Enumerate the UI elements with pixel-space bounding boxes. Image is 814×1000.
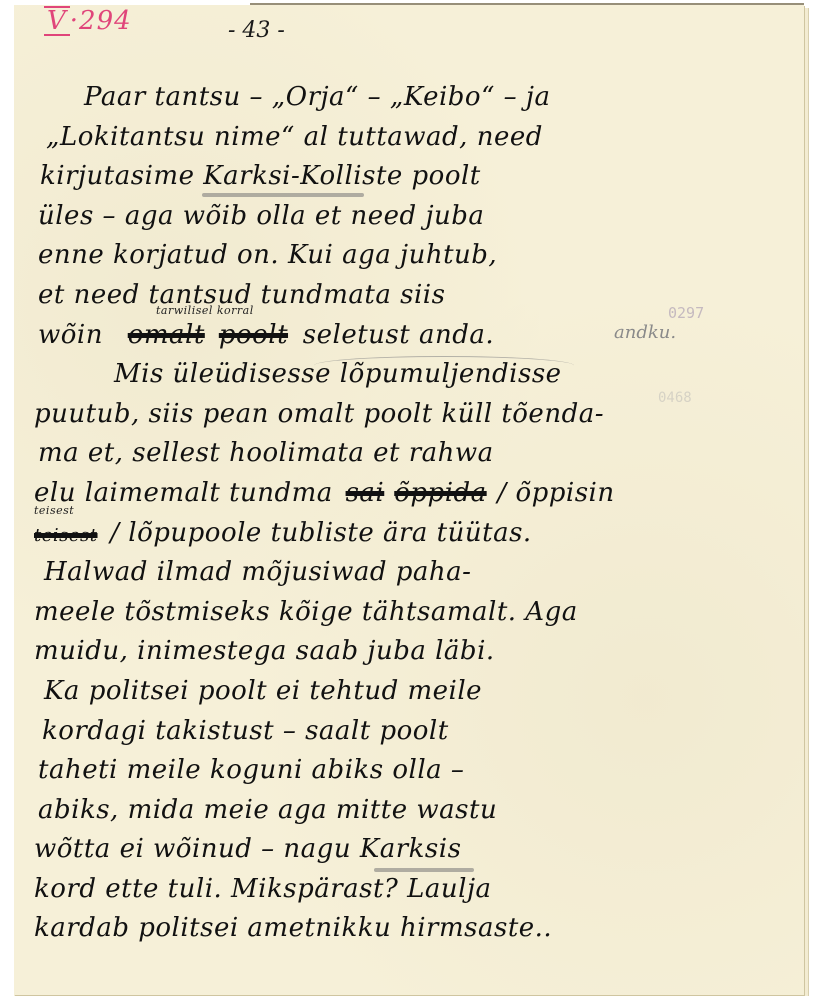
struck-word: õppida — [394, 478, 486, 508]
text-line: Mis üleüdisesse lõpumuljendisse — [34, 359, 594, 399]
text-line: enne korjatud on. Kui aga juhtub, — [34, 240, 594, 280]
line-text: puutub, siis pean omalt poolt küll tõend… — [34, 399, 604, 429]
line-text: Halwad ilmad mõjusiwad paha- — [44, 557, 471, 587]
text-line: kirjutasime Karksi-Kolliste poolt — [34, 161, 594, 201]
struck-word: sai — [346, 478, 385, 508]
text-line: „Lokitantsu nime“ al tuttawad, need — [34, 122, 594, 162]
line-text: üles – aga wõib olla et need juba — [38, 201, 484, 231]
archive-roman: V — [44, 6, 70, 36]
text-line: üles – aga wõib olla et need juba — [34, 201, 594, 241]
line-text: wõtta ei wõinud – nagu Karksis — [34, 834, 461, 864]
line-text: abiks, mida meie aga mitte wastu — [38, 795, 497, 825]
text-line: wõtta ei wõinud – nagu Karksis — [34, 834, 594, 874]
line-text: Mis üleüdisesse lõpumuljendisse — [114, 359, 562, 389]
line-text: kirjutasime Karksi-Kolliste poolt — [40, 161, 481, 191]
interlinear-insertion: tarwilisel korral — [156, 304, 254, 317]
text-line: wõin omaltpoolt seletust anda. — [34, 320, 594, 360]
text-line: taheti meile koguni abiks olla – — [34, 755, 594, 795]
text-line: et need tantsud tundmata siis tarwilisel… — [34, 280, 594, 320]
line-text: wõin — [38, 320, 112, 350]
line-text: muidu, inimestega saab juba läbi. — [34, 636, 495, 666]
interlinear-insertion: teisest — [34, 504, 74, 517]
line-text: „Lokitantsu nime“ al tuttawad, need — [46, 122, 543, 152]
line-text: seletust anda. — [294, 320, 494, 350]
line-text: elu laimemalt tundma — [34, 478, 342, 508]
text-line: puutub, siis pean omalt poolt küll tõend… — [34, 399, 594, 439]
line-text: / lõpupoole tubliste ära tüütas. — [102, 518, 532, 548]
faded-stamp: 0468 — [658, 390, 692, 406]
struck-word: omalt — [128, 320, 205, 350]
text-line: meele tõstmiseks kõige tähtsamalt. Aga — [34, 597, 594, 637]
text-line: teisest / lõpupoole tubliste ära tüütas. — [34, 518, 594, 558]
archive-number: V·294 — [44, 6, 132, 36]
text-line: Ka politsei poolt ei tehtud meile — [34, 676, 594, 716]
pencil-underline — [374, 868, 474, 872]
line-text: Paar tantsu – „Orja“ – „Keibo“ – ja — [84, 82, 550, 112]
handwritten-text: Paar tantsu – „Orja“ – „Keibo“ – ja „Lok… — [34, 82, 594, 953]
text-line: kordagi takistust – saalt poolt — [34, 716, 594, 756]
faded-stamp: 0297 — [668, 304, 704, 322]
text-line: muidu, inimestega saab juba läbi. — [34, 636, 594, 676]
line-text: kord ette tuli. Mikspärast? Laulja — [34, 874, 492, 904]
archive-digits: 294 — [79, 6, 132, 36]
line-text: / õppisin — [489, 478, 615, 508]
line-text: taheti meile koguni abiks olla – — [38, 755, 464, 785]
text-line: kardab politsei ametnikku hirmsaste.. — [34, 913, 594, 953]
text-line: elu laimemalt tundma saiõppida / õppisin… — [34, 478, 594, 518]
line-text: Ka politsei poolt ei tehtud meile — [44, 676, 482, 706]
margin-note: andku. — [614, 322, 676, 343]
line-text: meele tõstmiseks kõige tähtsamalt. Aga — [34, 597, 578, 627]
text-line: abiks, mida meie aga mitte wastu — [34, 795, 594, 835]
page-number: - 43 - — [228, 18, 285, 43]
pencil-underline — [202, 193, 364, 197]
line-text: kardab politsei ametnikku hirmsaste.. — [34, 913, 552, 943]
line-text: kordagi takistust – saalt poolt — [42, 716, 449, 746]
line-text: ma et, sellest hoolimata et rahwa — [38, 438, 494, 468]
line-text: enne korjatud on. Kui aga juhtub, — [38, 240, 497, 270]
struck-word: teisest — [34, 525, 98, 546]
page-top-edge — [250, 3, 804, 5]
text-line: kord ette tuli. Mikspärast? Laulja — [34, 874, 594, 914]
text-line: Halwad ilmad mõjusiwad paha- — [34, 557, 594, 597]
struck-word: poolt — [219, 320, 288, 350]
text-line: Paar tantsu – „Orja“ – „Keibo“ – ja — [34, 82, 594, 122]
text-line: ma et, sellest hoolimata et rahwa — [34, 438, 594, 478]
